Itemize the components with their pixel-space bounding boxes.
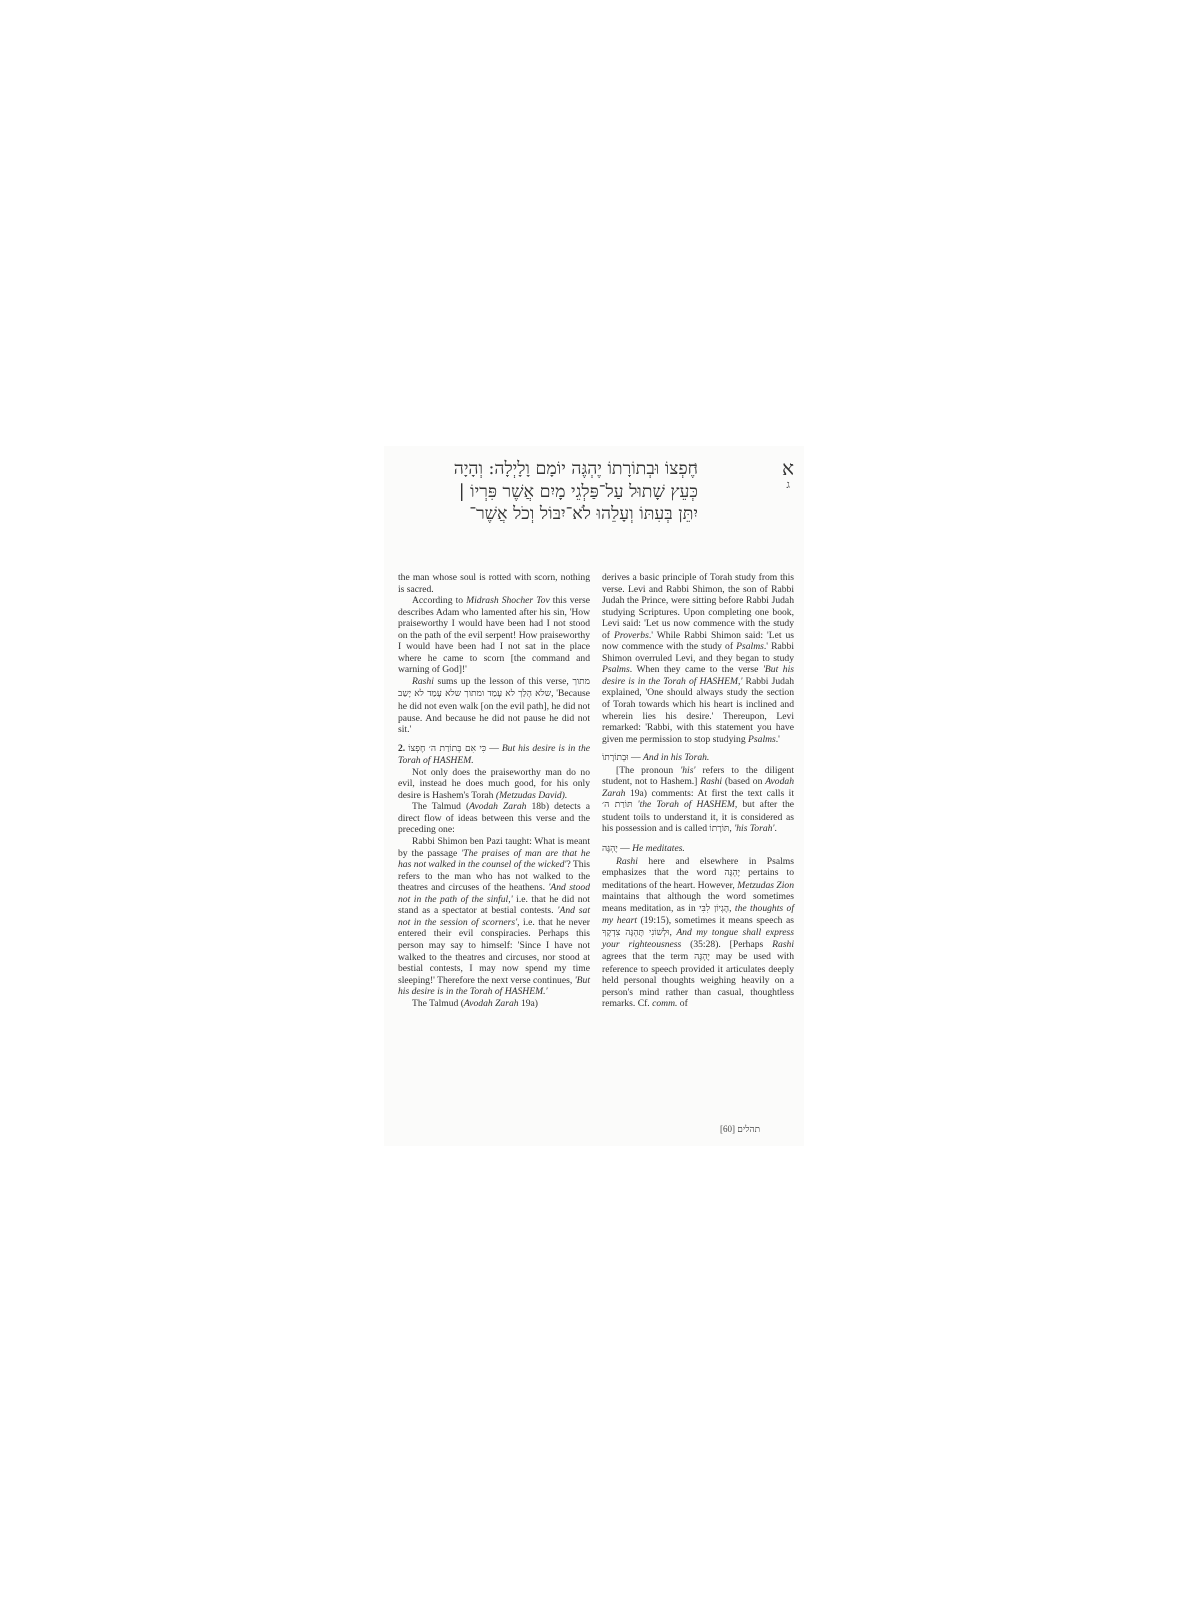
- text: (19:15), sometimes it means speech as: [637, 915, 794, 926]
- source-citation: Midrash Shocher Tov: [466, 595, 550, 606]
- text: this verse describes Adam who lamented a…: [398, 595, 590, 675]
- paragraph: The Talmud (Avodah Zarah 18b) detects a …: [398, 801, 590, 836]
- source-citation: Avodah Zarah: [469, 801, 526, 812]
- source-citation: Rashi: [700, 776, 722, 787]
- section-heading: 2. כִּי אִם בְּתוֹרַת ה׳ חֶפְצוֹ — But h…: [398, 743, 590, 767]
- text: 19a) comments: At first the text calls i…: [625, 788, 794, 799]
- page-number: [60]: [720, 1124, 735, 1134]
- commentary-left-column: the man whose soul is rotted with scorn,…: [398, 572, 590, 1009]
- paragraph: According to Midrash Shocher Tov this ve…: [398, 595, 590, 676]
- text: (based on: [722, 776, 765, 787]
- hebrew-lemma: כִּי אִם בְּתוֹרַת ה׳ חֶפְצוֹ: [408, 744, 486, 754]
- hebrew-quote: הֶגְיוֹן לִבִּי: [699, 904, 729, 914]
- book-name: Psalms: [748, 734, 776, 745]
- dash: —: [629, 752, 643, 763]
- dash: —: [618, 843, 632, 854]
- hebrew-line: יִתֵּן בְּעִתּוֹ וְעָלֵהוּ לֹא־יִבּוֹל ו…: [398, 503, 698, 526]
- dash: —: [486, 743, 502, 754]
- lemma-translation: And in his Torah.: [643, 752, 709, 763]
- abbreviation: comm.: [652, 998, 677, 1009]
- quote: 'his Torah': [734, 823, 774, 834]
- paragraph: Not only does the praiseworthy man do no…: [398, 767, 590, 802]
- text: [The pronoun: [616, 765, 680, 776]
- text: sums up the lesson of this verse,: [434, 676, 573, 687]
- verse-number: ג: [786, 478, 790, 491]
- source-citation: Rashi: [412, 676, 434, 687]
- text: .: [774, 823, 776, 834]
- source-citation: Rashi: [616, 856, 638, 867]
- paragraph: Rabbi Shimon ben Pazi taught: What is me…: [398, 836, 590, 998]
- book-title: תהלים: [737, 1125, 760, 1135]
- lemma-translation: He meditates.: [632, 843, 685, 854]
- hebrew-lemma: יֶהְגֶּה: [602, 844, 618, 854]
- paragraph: the man whose soul is rotted with scorn,…: [398, 572, 590, 595]
- source-citation: Metzudas Zion: [737, 880, 794, 891]
- text: agrees that the term: [602, 951, 694, 962]
- hebrew-quote: תּוֹרָתוֹ: [709, 824, 729, 834]
- source-citation: (Metzudas David).: [496, 790, 567, 801]
- quote: 'the Torah of HASHEM,: [638, 799, 738, 810]
- paragraph: Rashi sums up the lesson of this verse, …: [398, 676, 590, 736]
- verse-number: 2.: [398, 743, 405, 754]
- text: The Talmud (: [412, 801, 469, 812]
- book-name: Proverbs: [614, 630, 649, 641]
- source-citation: Avodah Zarah: [464, 998, 519, 1009]
- commentary-right-column: derives a basic principle of Torah study…: [602, 572, 794, 1010]
- hebrew-quote: תּוֹרַת ה׳: [602, 800, 632, 810]
- text: of: [677, 998, 687, 1009]
- book-name: Psalms: [736, 641, 764, 652]
- book-name: Psalms: [602, 664, 630, 675]
- paragraph: The Talmud (Avodah Zarah 19a): [398, 998, 590, 1010]
- source-citation: Rashi: [772, 939, 794, 950]
- verse-marker: ג: [694, 460, 697, 471]
- page-footer: תהלים [60]: [720, 1124, 774, 1135]
- text: The Talmud (: [412, 998, 464, 1009]
- hebrew-lemma: וּבְתוֹרָתוֹ: [602, 753, 629, 763]
- text: 19a): [519, 998, 538, 1009]
- verse-header: חֶפְצוֹ וּבְתוֹרָתוֹ יֶהְגֶּה יוֹמָם וָל…: [398, 458, 794, 538]
- hebrew-quote: יֶהְגֶּה: [724, 868, 740, 878]
- text: According to: [412, 595, 466, 606]
- quote: 'his': [680, 765, 695, 776]
- hebrew-verse-text: חֶפְצוֹ וּבְתוֹרָתוֹ יֶהְגֶּה יוֹמָם וָל…: [398, 458, 698, 526]
- hebrew-quote: יֶהְגֶּה: [694, 952, 710, 962]
- hebrew-quote: וּלְשׁוֹנִי תֶּהְגֶּה צִדְקֶךָ: [602, 928, 669, 938]
- section-heading: יֶהְגֶּה — He meditates.: [602, 843, 794, 856]
- text: .': [776, 734, 780, 745]
- hebrew-line: חֶפְצוֹ וּבְתוֹרָתוֹ יֶהְגֶּה יוֹמָם וָל…: [398, 458, 698, 481]
- text: (35:28). [Perhaps: [681, 939, 772, 950]
- paragraph: [The pronoun 'his' refers to the diligen…: [602, 765, 794, 836]
- paragraph: Rashi here and elsewhere in Psalms empha…: [602, 856, 794, 1010]
- hebrew-line: כְּעֵץ שָׁתוּל עַל־פַּלְגֵי מָיִם אֲשֶׁר…: [398, 481, 698, 504]
- section-heading: וּבְתוֹרָתוֹ — And in his Torah.: [602, 752, 794, 765]
- text: . When they came to the verse: [630, 664, 763, 675]
- paragraph: derives a basic principle of Torah study…: [602, 572, 794, 745]
